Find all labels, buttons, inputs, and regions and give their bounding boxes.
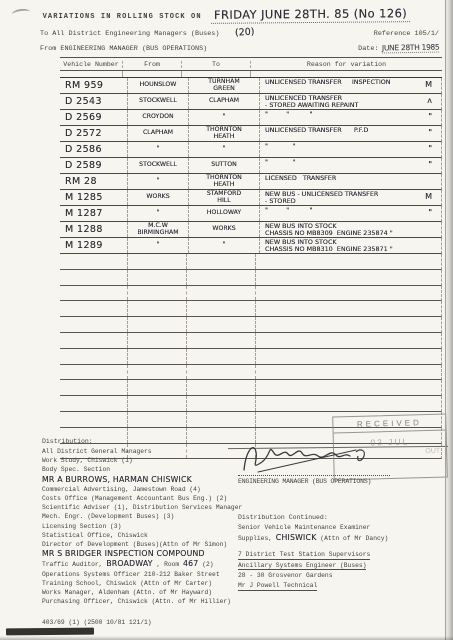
- paper-edge-shadow: [444, 0, 453, 640]
- copy-count-handwritten: (20): [235, 26, 255, 38]
- document-paper: VARIATIONS IN ROLLING STOCK ON FRIDAY JU…: [0, 0, 453, 640]
- empty-cell: [127, 349, 186, 364]
- typed-text: Work Study, Chiswick (1): [42, 457, 133, 464]
- signatory-role: ENGINEERING MANAGER (BUS OPERATIONS): [238, 478, 398, 485]
- vehicle-cell: M 1287: [60, 206, 127, 221]
- table-body: RM 959HOUNSLOWTURNHAM GREENUNLICENSED TR…: [60, 78, 442, 459]
- empty-cell: [60, 412, 127, 427]
- to-cell: THORNTON HEATH: [188, 174, 259, 189]
- distribution-list: Distribution: All District General Manag…: [42, 438, 242, 606]
- empty-cell: [255, 380, 441, 395]
- table-row-empty: [60, 333, 442, 349]
- table-row: M 1287"HOLLOWAY" " "": [60, 206, 442, 222]
- to-cell: ": [188, 238, 259, 253]
- typed-text: Training School, Chiswick (Attn of Mr Ca…: [42, 580, 212, 587]
- handwritten-text: 467: [183, 559, 198, 568]
- empty-cell: [127, 286, 186, 301]
- table-row: RM 28"THORNTON HEATHLICENSED TRANSFER: [60, 174, 442, 190]
- vehicle-cell: RM 959: [60, 78, 127, 93]
- list-item: Director of Development (Buses)(Attn of …: [42, 540, 242, 549]
- list-item: Senior Vehicle Maintenance Examiner: [238, 523, 446, 533]
- reason-mark: ": [428, 128, 432, 137]
- vehicle-cell: RM 28: [60, 174, 127, 189]
- empty-cell: [186, 365, 255, 380]
- scan-artifact-bar: [6, 628, 94, 636]
- table-row-empty: [60, 380, 442, 396]
- empty-cell: [186, 380, 255, 395]
- reason-cell: UNLICENSED TRANSFER P.F.D": [259, 126, 441, 141]
- typed-text: Statistical Office, Chiswick: [42, 532, 148, 539]
- reason-mark: ": [428, 144, 432, 153]
- header-reason: Reason for variation: [250, 61, 442, 68]
- empty-cell: [255, 270, 441, 285]
- list-item: Statistical Office, Chiswick: [42, 531, 242, 540]
- from-label: From ENGINEERING MANAGER (BUS OPERATIONS…: [40, 45, 207, 53]
- empty-cell: [255, 349, 441, 364]
- reason-text: " ": [260, 158, 441, 166]
- list-item: All District General Managers: [42, 447, 242, 456]
- to-line: To All District Engineering Managers (Bu…: [40, 27, 439, 38]
- list-item: MR A BURROWS, HARMAN CHISWICK: [42, 475, 242, 485]
- vehicle-cell: D 2589: [60, 158, 127, 173]
- list-item: Traffic Auditor, BROADWAY , Room 467 (2): [42, 559, 242, 569]
- typed-text: Mr J Powell Technical: [238, 582, 317, 591]
- reason-mark: ": [428, 208, 432, 217]
- handwritten-text: MR S BRIDGER INSPECTION COMPOUND: [42, 549, 205, 558]
- list-item: Mr J Powell Technical: [238, 581, 446, 591]
- typed-text: Director of Development (Buses)(Attn of …: [42, 541, 227, 548]
- list-item: Body Spec. Section: [42, 465, 242, 474]
- rolling-stock-table: Vehicle Number From To Reason for variat…: [60, 57, 442, 459]
- list-item: Ancillary Systems Engineer (Buses): [238, 561, 446, 571]
- reason-text: " " ": [260, 206, 441, 214]
- empty-cell: [186, 286, 255, 301]
- typed-text: Costs Office (Management Accountant Bus …: [42, 495, 227, 502]
- to-cell: THORNTON HEATH: [188, 126, 259, 141]
- from-cell: M.C.W BIRMINGHAM: [127, 222, 188, 237]
- empty-cell: [127, 396, 186, 411]
- empty-cell: [127, 317, 186, 332]
- title-handwritten: FRIDAY JUNE 28TH. 85 (No 126): [211, 6, 410, 24]
- empty-cell: [60, 380, 127, 395]
- empty-cell: [60, 301, 127, 316]
- from-cell: CLAPHAM: [127, 126, 188, 141]
- date-handwritten: JUNE 28TH 1985: [381, 42, 439, 53]
- typed-text: Works Manager, Aldenham (Attn. of Mr Hay…: [42, 589, 212, 596]
- empty-cell: [186, 349, 255, 364]
- list-item: Operations Systems Officer 210-212 Baker…: [42, 570, 242, 579]
- empty-cell: [60, 317, 127, 332]
- to-cell: SUTTON: [188, 158, 259, 173]
- reason-cell: LICENSED TRANSFER: [259, 174, 441, 189]
- handwritten-text: CHISWICK: [276, 533, 317, 542]
- typed-text: Purchasing Officer, Chiswick (Attn. of M…: [42, 598, 231, 605]
- vehicle-cell: D 2586: [60, 142, 127, 157]
- list-item: Costs Office (Management Accountant Bus …: [42, 494, 242, 503]
- vehicle-cell: M 1289: [60, 238, 127, 253]
- vehicle-cell: M 1288: [60, 222, 127, 237]
- typed-text: Body Spec. Section: [42, 466, 110, 473]
- empty-cell: [60, 349, 127, 364]
- empty-cell: [186, 396, 255, 411]
- distribution-continued-items: Senior Vehicle Maintenance ExaminerSuppl…: [238, 523, 446, 591]
- reason-text: NEW BUS INTO STOCK CHASSIS NO MB8309 ENG…: [260, 222, 441, 237]
- list-item: 7 District Test Station Supervisors: [238, 550, 446, 560]
- list-item: Training School, Chiswick (Attn of Mr Ca…: [42, 579, 242, 588]
- empty-cell: [255, 365, 441, 380]
- typed-text: Commercial Advertising, Jamestown Road (…: [42, 486, 201, 493]
- reason-cell: " "": [259, 158, 441, 173]
- signature-block: ENGINEERING MANAGER (BUS OPERATIONS): [238, 436, 398, 485]
- reason-cell: NEW BUS INTO STOCK CHASSIS NO MB8309 ENG…: [259, 222, 441, 237]
- received-stamp-text: RECEIVED: [333, 418, 445, 430]
- list-item: Works Manager, Aldenham (Attn. of Mr Hay…: [42, 588, 242, 597]
- empty-cell: [127, 365, 186, 380]
- reason-text: UNLICENSED TRANSFER INSPECTION: [260, 78, 441, 86]
- empty-cell: [60, 333, 127, 348]
- to-label: To All District Engineering Managers (Bu…: [40, 30, 219, 38]
- table-row-empty: [60, 349, 442, 365]
- empty-cell: [255, 333, 441, 348]
- form-code: 403/69 (1) (2500 10/81 121/1): [42, 619, 152, 626]
- empty-cell: [186, 301, 255, 316]
- empty-cell: [127, 380, 186, 395]
- typed-text: Licensing Section (3): [42, 523, 121, 530]
- empty-cell: [255, 286, 441, 301]
- reason-mark: ": [428, 160, 432, 169]
- empty-cell: [255, 301, 441, 316]
- to-cell: STAMFORD HILL: [188, 190, 259, 205]
- date-label: Date:: [358, 45, 378, 53]
- list-item: Commercial Advertising, Jamestown Road (…: [42, 485, 242, 494]
- empty-cell: [255, 317, 441, 332]
- list-item: Supplies, CHISWICK (Attn of Mr Dancy): [238, 533, 446, 544]
- from-cell: ": [127, 206, 188, 221]
- table-row-empty: [60, 286, 442, 302]
- typed-text: (2): [198, 561, 213, 568]
- typed-text: All District General Managers: [42, 448, 152, 455]
- from-cell: CROYDON: [127, 110, 188, 125]
- typed-text: Traffic Auditor,: [42, 561, 106, 568]
- from-cell: STOCKWELL: [127, 94, 188, 109]
- table-row: M 1285WORKSSTAMFORD HILLNEW BUS - UNLICE…: [60, 190, 442, 206]
- to-cell: ": [188, 110, 259, 125]
- empty-cell: [186, 317, 255, 332]
- from-cell: STOCKWELL: [127, 158, 188, 173]
- stamp-divider: [334, 430, 446, 434]
- empty-cell: [60, 396, 127, 411]
- empty-cell: [127, 270, 186, 285]
- from-cell: WORKS: [127, 190, 188, 205]
- reason-text: NEW BUS INTO STOCK CHASSIS NO MB8310 ENG…: [260, 238, 441, 253]
- reason-cell: UNLICENSED TRANSFER INSPECTIONM: [259, 78, 441, 93]
- header-vehicle-number: Vehicle Number: [60, 61, 122, 68]
- to-cell: TURNHAM GREEN: [188, 78, 259, 93]
- reference-label: Reference 105/1/: [374, 30, 439, 38]
- vehicle-cell: D 2543: [60, 94, 127, 109]
- empty-cell: [186, 333, 255, 348]
- empty-cell: [60, 254, 127, 269]
- typed-text: Scientific Adviser (1), Distribution Ser…: [42, 504, 242, 511]
- from-cell: ": [127, 238, 188, 253]
- list-item: Licensing Section (3): [42, 522, 242, 531]
- paper-bottom-shadow: [0, 636, 453, 640]
- header-to: To: [181, 61, 250, 68]
- empty-cell: [127, 254, 186, 269]
- table-row: D 2543STOCKWELLCLAPHAMUNLICENCED TRANSFE…: [60, 94, 442, 110]
- list-item: MR S BRIDGER INSPECTION COMPOUND: [42, 549, 242, 559]
- reason-text: " " ": [260, 110, 441, 118]
- typed-text: 28 - 30 Grosvenor Gardens: [238, 572, 332, 579]
- typed-text: (Attn of Mr Dancy): [317, 535, 389, 542]
- empty-cell: [127, 301, 186, 316]
- typed-text: Supplies,: [238, 535, 276, 542]
- document-title: VARIATIONS IN ROLLING STOCK ON FRIDAY JU…: [0, 5, 453, 23]
- reason-cell: UNLICENCED TRANSFER - STORED AWAITING RE…: [259, 94, 441, 109]
- to-cell: HOLLOWAY: [188, 206, 259, 221]
- table-row-empty: [60, 301, 442, 317]
- table-row: M 1289""NEW BUS INTO STOCK CHASSIS NO MB…: [60, 238, 442, 254]
- typed-text: Senior Vehicle Maintenance Examiner: [238, 524, 370, 531]
- table-row-empty: [60, 254, 442, 270]
- table-row-empty: [60, 317, 442, 333]
- reason-mark: ": [428, 112, 432, 121]
- to-cell: ": [188, 142, 259, 157]
- reason-cell: " " "": [259, 110, 441, 125]
- handwritten-text: MR A BURROWS, HARMAN CHISWICK: [42, 475, 192, 484]
- from-cell: HOUNSLOW: [127, 78, 188, 93]
- reason-text: NEW BUS - UNLICENSED TRANSFER - STORED: [260, 190, 441, 205]
- table-row-empty: [60, 365, 442, 381]
- typed-text: Ancillary Systems Engineer (Buses): [238, 562, 366, 571]
- vehicle-cell: D 2569: [60, 110, 127, 125]
- list-item: Mech. Engr. (Development Buses) (3): [42, 512, 242, 521]
- list-item: 28 - 30 Grosvenor Gardens: [238, 571, 446, 581]
- table-row: RM 959HOUNSLOWTURNHAM GREENUNLICENSED TR…: [60, 78, 442, 94]
- reason-mark: M: [425, 192, 432, 201]
- reason-cell: NEW BUS - UNLICENSED TRANSFER - STOREDM: [259, 190, 441, 205]
- from-cell: ": [127, 142, 188, 157]
- list-item: Work Study, Chiswick (1): [42, 456, 242, 465]
- reason-text: " ": [260, 142, 441, 150]
- reason-cell: " " "": [259, 206, 441, 221]
- to-cell: WORKS: [188, 222, 259, 237]
- empty-cell: [60, 365, 127, 380]
- vehicle-cell: M 1285: [60, 190, 127, 205]
- reason-text: UNLICENCED TRANSFER - STORED AWAITING RE…: [260, 94, 441, 109]
- empty-cell: [127, 412, 186, 427]
- empty-cell: [60, 270, 127, 285]
- empty-cell: [255, 254, 441, 269]
- typed-text: , Room: [153, 561, 183, 568]
- to-cell: CLAPHAM: [188, 94, 259, 109]
- distribution-continued-list: Distribution Continued: Senior Vehicle M…: [238, 514, 446, 591]
- typed-text: Mech. Engr. (Development Buses) (3): [42, 513, 174, 520]
- from-cell: ": [127, 174, 188, 189]
- table-row: D 2572CLAPHAMTHORNTON HEATHUNLICENSED TR…: [60, 126, 442, 142]
- empty-cell: [186, 412, 255, 427]
- table-row-empty: [60, 396, 442, 412]
- empty-cell: [186, 270, 255, 285]
- table-row: M 1288M.C.W BIRMINGHAMWORKSNEW BUS INTO …: [60, 222, 442, 238]
- reason-text: LICENSED TRANSFER: [260, 174, 441, 182]
- reason-mark: ʌ: [427, 96, 432, 105]
- reason-mark: M: [425, 80, 432, 89]
- empty-cell: [255, 396, 441, 411]
- table-row-empty: [60, 270, 442, 286]
- reason-text: UNLICENSED TRANSFER P.F.D: [260, 126, 441, 134]
- distribution-title: Distribution:: [42, 438, 242, 445]
- table-header-gap: [60, 71, 442, 78]
- list-item: Scientific Adviser (1), Distribution Ser…: [42, 503, 242, 512]
- reason-cell: NEW BUS INTO STOCK CHASSIS NO MB8310 ENG…: [259, 238, 441, 253]
- table-header-row: Vehicle Number From To Reason for variat…: [60, 57, 442, 71]
- list-item: Purchasing Officer, Chiswick (Attn. of M…: [42, 597, 242, 606]
- typed-text: 7 District Test Station Supervisors: [238, 551, 370, 560]
- typed-text: Operations Systems Officer 210-212 Baker…: [42, 571, 220, 578]
- reason-cell: " "": [259, 142, 441, 157]
- table-row: D 2589STOCKWELLSUTTON" "": [60, 158, 442, 174]
- signature-dotted-line: [238, 475, 390, 476]
- distribution-items: All District General ManagersWork Study,…: [42, 447, 242, 606]
- handwritten-text: BROADWAY: [106, 559, 152, 568]
- empty-cell: [127, 333, 186, 348]
- empty-cell: [186, 254, 255, 269]
- header-from: From: [122, 61, 181, 68]
- vehicle-cell: D 2572: [60, 126, 127, 141]
- table-row: D 2569CROYDON"" " "": [60, 110, 442, 126]
- table-row: D 2586""" "": [60, 142, 442, 158]
- title-typed: VARIATIONS IN ROLLING STOCK ON: [43, 13, 202, 21]
- distribution-continued-title: Distribution Continued:: [238, 514, 446, 521]
- empty-cell: [60, 286, 127, 301]
- from-line: From ENGINEERING MANAGER (BUS OPERATIONS…: [40, 43, 439, 53]
